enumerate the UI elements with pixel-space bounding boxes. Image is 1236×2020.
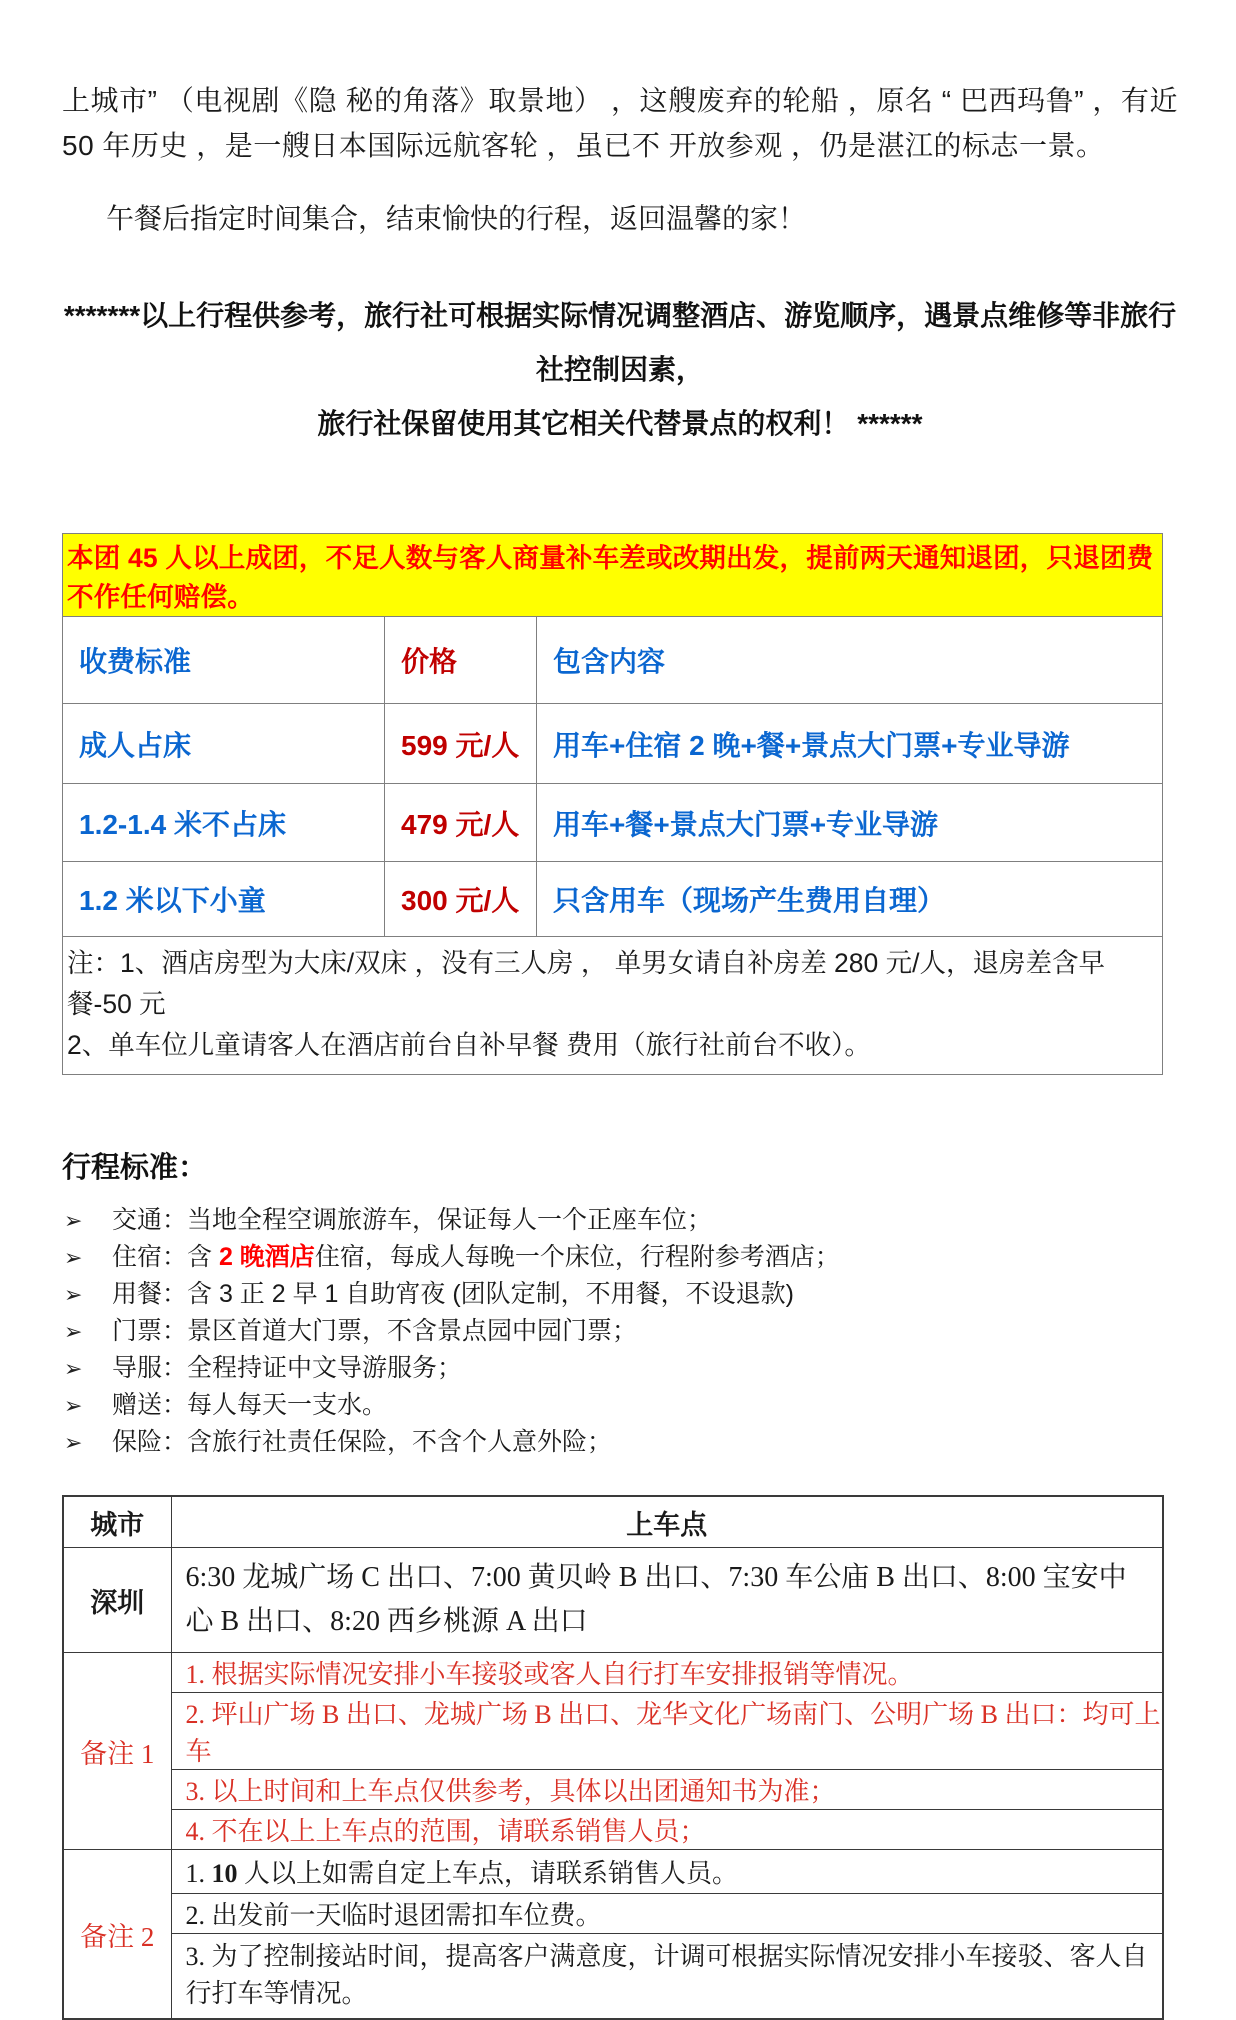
remark1-row: 4. 不在以上上车点的范围，请联系销售人员；	[63, 1810, 1163, 1850]
remark2-line-3: 3. 为了控制接站时间，提高客户满意度，计调可根据实际情况安排小车接驳、客人自行…	[171, 1934, 1163, 2020]
itinerary-disclaimer: *******以上行程供参考，旅行社可根据实际情况调整酒店、游览顺序，遇景点维修…	[62, 289, 1178, 451]
standard-text: 门票：景区首道大门票，不含景点园中园门票；	[112, 1313, 637, 1350]
remark2-line-1: 1. 10 人以上如需自定上车点，请联系销售人员。	[171, 1850, 1163, 1894]
standard-text: 赠送：每人每天一支水。	[112, 1387, 387, 1424]
remark2-row: 2. 出发前一天临时退团需扣车位费。	[63, 1894, 1163, 1934]
remark1-row: 备注 1 1. 根据实际情况安排小车接驳或客人自行打车安排报销等情况。	[63, 1653, 1163, 1693]
standard-text: 交通：当地全程空调旅游车，保证每人一个正座车位；	[112, 1202, 712, 1239]
remark2-row: 3. 为了控制接站时间，提高客户满意度，计调可根据实际情况安排小车接驳、客人自行…	[63, 1934, 1163, 2020]
pricing-row-small-child: 1.2 米以下小童 300 元/人 只含用车（现场产生费用自理）	[63, 862, 1163, 937]
bullet-arrow-icon: ➢	[62, 1350, 112, 1387]
standard-item-guide: ➢ 导服：全程持证中文导游服务；	[62, 1350, 1178, 1387]
standards-list: ➢ 交通：当地全程空调旅游车，保证每人一个正座车位； ➢ 住宿：含 2 晚酒店住…	[62, 1202, 1178, 1461]
remark1-line-1: 1. 根据实际情况安排小车接驳或客人自行打车安排报销等情况。	[171, 1653, 1163, 1693]
standard-text: 导服：全程持证中文导游服务；	[112, 1350, 462, 1387]
remark1-line-2: 2. 坪山广场 B 出口、龙城广场 B 出口、龙华文化广场南门、公明广场 B 出…	[171, 1693, 1163, 1770]
standard-text: 住宿：含 2 晚酒店住宿，每成人每晚一个床位，行程附参考酒店；	[112, 1239, 840, 1276]
bullet-arrow-icon: ➢	[62, 1424, 112, 1461]
pricing-standard-cell: 1.2 米以下小童	[63, 862, 385, 937]
standard-item-transport: ➢ 交通：当地全程空调旅游车，保证每人一个正座车位；	[62, 1202, 1178, 1239]
standard-item-gift: ➢ 赠送：每人每天一支水。	[62, 1387, 1178, 1424]
remark1-label: 备注 1	[63, 1653, 171, 1850]
standard-text: 保险：含旅行社责任保险，不含个人意外险；	[112, 1424, 612, 1461]
remark2-line1-bold: 10	[212, 1859, 238, 1888]
bullet-arrow-icon: ➢	[62, 1387, 112, 1424]
group-notice-banner: 本团 45 人以上成团，不足人数与客人商量补车差或改期出发，提前两天通知退团，只…	[63, 534, 1163, 617]
standard-text-pre: 门票：景区首道大门票，不含景点园中园门票；	[112, 1317, 637, 1345]
pricing-includes-cell: 用车+住宿 2 晚+餐+景点大门票+专业导游	[537, 704, 1163, 784]
standard-text-pre: 导服：全程持证中文导游服务；	[112, 1354, 462, 1382]
pricing-note-row: 注：1、酒店房型为大床/双床 ，没有三人房 ， 单男女请自补房差 280 元/人…	[63, 937, 1163, 1075]
remark2-line1-pre: 1.	[186, 1859, 212, 1888]
group-notice-row: 本团 45 人以上成团，不足人数与客人商量补车差或改期出发，提前两天通知退团，只…	[63, 534, 1163, 617]
remark2-line1-post: 人以上如需自定上车点，请联系销售人员。	[238, 1859, 739, 1888]
standard-text-pre: 保险：含旅行社责任保险，不含个人意外险；	[112, 1428, 612, 1456]
pricing-header-standard: 收费标准	[63, 617, 385, 704]
pickup-header-city: 城市	[63, 1496, 171, 1548]
standard-text: 用餐：含 3 正 2 早 1 自助宵夜 (团队定制，不用餐，不设退款)	[112, 1276, 794, 1313]
standard-text-pre: 交通：当地全程空调旅游车，保证每人一个正座车位；	[112, 1206, 712, 1234]
remark2-row: 备注 2 1. 10 人以上如需自定上车点，请联系销售人员。	[63, 1850, 1163, 1894]
intro-paragraph: 上城市” （电视剧《隐 秘的角落》取景地） ，这艘废弃的轮船 ，原名 “ 巴西玛…	[62, 78, 1178, 168]
remark1-line-3: 3. 以上时间和上车点仅供参考，具体以出团通知书为准；	[171, 1770, 1163, 1810]
pricing-row-child-nobed: 1.2-1.4 米不占床 479 元/人 用车+餐+景点大门票+专业导游	[63, 784, 1163, 862]
standard-text-pre: 赠送：每人每天一支水。	[112, 1391, 387, 1419]
pricing-standard-cell: 1.2-1.4 米不占床	[63, 784, 385, 862]
standard-text-pre: 住宿：含	[112, 1243, 219, 1271]
standard-item-tickets: ➢ 门票：景区首道大门票，不含景点园中园门票；	[62, 1313, 1178, 1350]
pricing-price-cell: 479 元/人	[385, 784, 537, 862]
remark1-row: 2. 坪山广场 B 出口、龙城广场 B 出口、龙华文化广场南门、公明广场 B 出…	[63, 1693, 1163, 1770]
pickup-city-row: 深圳 6:30 龙城广场 C 出口、7:00 黄贝岭 B 出口、7:30 车公庙…	[63, 1548, 1163, 1653]
pricing-price-cell: 300 元/人	[385, 862, 537, 937]
bullet-arrow-icon: ➢	[62, 1313, 112, 1350]
pricing-includes-cell: 用车+餐+景点大门票+专业导游	[537, 784, 1163, 862]
bullet-arrow-icon: ➢	[62, 1276, 112, 1313]
itinerary-standards-heading: 行程标准：	[62, 1145, 1178, 1186]
standard-text-em: 2 晚酒店	[219, 1243, 315, 1271]
remark2-label: 备注 2	[63, 1850, 171, 2020]
standard-text-pre: 用餐：含 3 正 2 早 1 自助宵夜 (团队定制，不用餐，不设退款)	[112, 1280, 794, 1308]
pickup-points-cell: 6:30 龙城广场 C 出口、7:00 黄贝岭 B 出口、7:30 车公庙 B …	[171, 1548, 1163, 1653]
remark1-row: 3. 以上时间和上车点仅供参考，具体以出团通知书为准；	[63, 1770, 1163, 1810]
pricing-note-line-1: 注：1、酒店房型为大床/双床 ，没有三人房 ， 单男女请自补房差 280 元/人…	[67, 943, 1152, 1025]
pickup-header-point: 上车点	[171, 1496, 1163, 1548]
intro-paragraph-2: 午餐后指定时间集合，结束愉快的行程，返回温馨的家！	[62, 196, 1178, 241]
standard-text-post: 住宿，每成人每晚一个床位，行程附参考酒店；	[315, 1243, 840, 1271]
pricing-price-cell: 599 元/人	[385, 704, 537, 784]
bullet-arrow-icon: ➢	[62, 1239, 112, 1276]
pricing-table: 本团 45 人以上成团，不足人数与客人商量补车差或改期出发，提前两天通知退团，只…	[62, 533, 1163, 1075]
bullet-arrow-icon: ➢	[62, 1202, 112, 1239]
disclaimer-line-1: *******以上行程供参考，旅行社可根据实际情况调整酒店、游览顺序，遇景点维修…	[62, 289, 1178, 397]
pricing-header-row: 收费标准 价格 包含内容	[63, 617, 1163, 704]
document-page: 上城市” （电视剧《隐 秘的角落》取景地） ，这艘废弃的轮船 ，原名 “ 巴西玛…	[0, 0, 1236, 2020]
standard-item-insurance: ➢ 保险：含旅行社责任保险，不含个人意外险；	[62, 1424, 1178, 1461]
disclaimer-line-2: 旅行社保留使用其它相关代替景点的权利！ ******	[62, 397, 1178, 451]
pickup-table: 城市 上车点 深圳 6:30 龙城广场 C 出口、7:00 黄贝岭 B 出口、7…	[62, 1495, 1164, 2020]
pricing-header-price: 价格	[385, 617, 537, 704]
pricing-note-line-2: 2、单车位儿童请客人在酒店前台自补早餐 费用（旅行社前台不收）。	[67, 1025, 1152, 1066]
standard-item-meals: ➢ 用餐：含 3 正 2 早 1 自助宵夜 (团队定制，不用餐，不设退款)	[62, 1276, 1178, 1313]
pricing-header-includes: 包含内容	[537, 617, 1163, 704]
remark2-line-2: 2. 出发前一天临时退团需扣车位费。	[171, 1894, 1163, 1934]
itinerary-standards-section: 行程标准： ➢ 交通：当地全程空调旅游车，保证每人一个正座车位； ➢ 住宿：含 …	[62, 1145, 1178, 1461]
pricing-row-adult: 成人占床 599 元/人 用车+住宿 2 晚+餐+景点大门票+专业导游	[63, 704, 1163, 784]
pricing-includes-cell: 只含用车（现场产生费用自理）	[537, 862, 1163, 937]
remark1-line-4: 4. 不在以上上车点的范围，请联系销售人员；	[171, 1810, 1163, 1850]
pricing-note-cell: 注：1、酒店房型为大床/双床 ，没有三人房 ， 单男女请自补房差 280 元/人…	[63, 937, 1163, 1075]
pricing-standard-cell: 成人占床	[63, 704, 385, 784]
standard-item-hotel: ➢ 住宿：含 2 晚酒店住宿，每成人每晚一个床位，行程附参考酒店；	[62, 1239, 1178, 1276]
pickup-city-cell: 深圳	[63, 1548, 171, 1653]
pickup-header-row: 城市 上车点	[63, 1496, 1163, 1548]
